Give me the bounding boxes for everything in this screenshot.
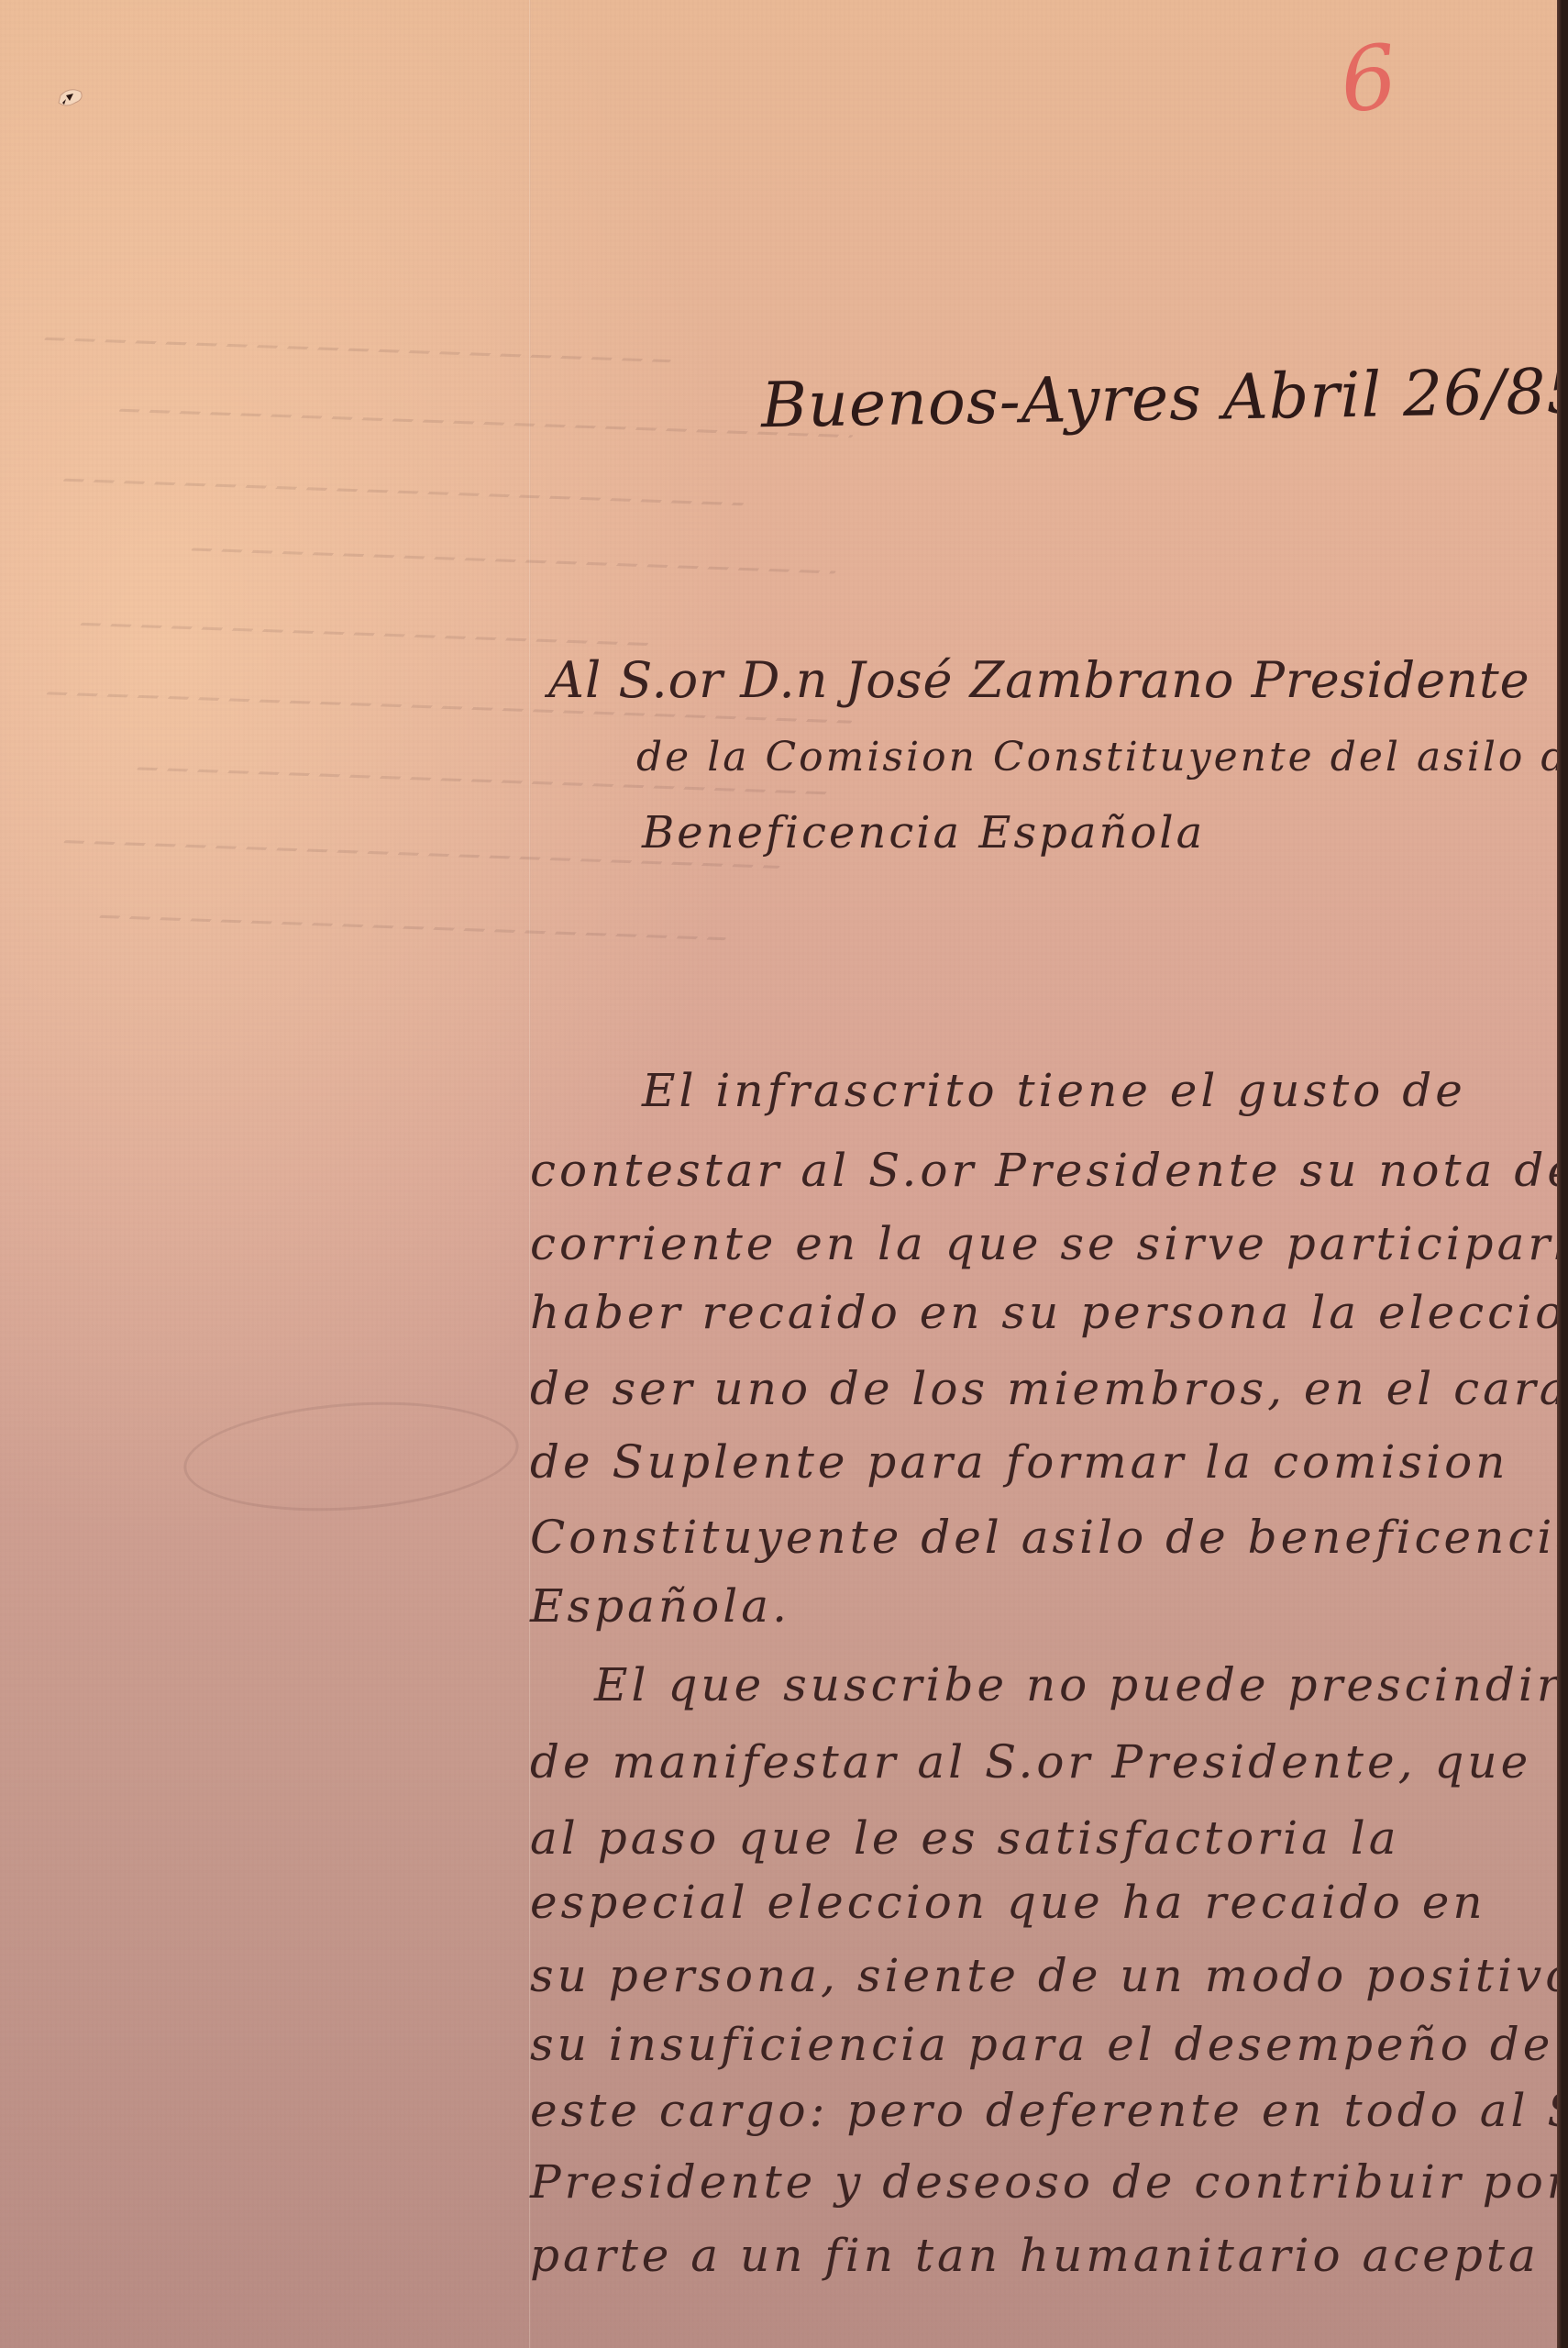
body-line: su insuficiencia para el desempeño de [530,2018,1548,2071]
binding-hole-icon [53,84,90,116]
address-line-recipient: Al S.or D.n José Zambrano Presidente [548,651,1530,709]
body-line: Española. [530,1579,1548,1633]
body-line: su persona, siente de un modo positivo [530,1949,1548,2002]
body-line: contestar al S.or Presidente su nota de … [530,1144,1548,1197]
body-line: de ser uno de los miembros, en el caract… [530,1362,1548,1415]
body-line: parte a un fin tan humanitario acepta [530,2229,1548,2282]
body-line: haber recaido en su persona la eleccion [530,1286,1548,1339]
body-line: de manifestar al S.or Presidente, que [530,1735,1548,1789]
letter-page: 6 Buenos-Ayres Abril 26/854 Al S.or D.n … [0,0,1562,2348]
date-line: Buenos-Ayres Abril 26/854 [760,355,1562,442]
body-line: Constituyente del asilo de beneficencia [530,1511,1548,1564]
body-line: este cargo: pero deferente en todo al S.… [530,2084,1548,2137]
bleed-through-flourish [180,1391,522,1521]
body-line: El que suscribe no puede prescindir [594,1658,1562,1711]
body-line: corriente en la que se sirve participarl… [530,1217,1548,1270]
body-line: especial eleccion que ha recaido en [530,1876,1548,1929]
address-line-commission: de la Comision Constituyente del asilo d… [636,734,1562,781]
folio-number: 6 [1336,32,1401,126]
body-line: El infrascrito tiene el gusto de [642,1064,1562,1117]
page-edge-shadow [1557,0,1562,2348]
body-line: Presidente y deseoso de contribuir por s… [530,2155,1548,2209]
body-line: de Suplente para formar la comision [530,1435,1548,1489]
address-line-institution: Beneficencia Española [642,807,1205,858]
body-line: al paso que le es satisfactoria la [530,1811,1548,1865]
